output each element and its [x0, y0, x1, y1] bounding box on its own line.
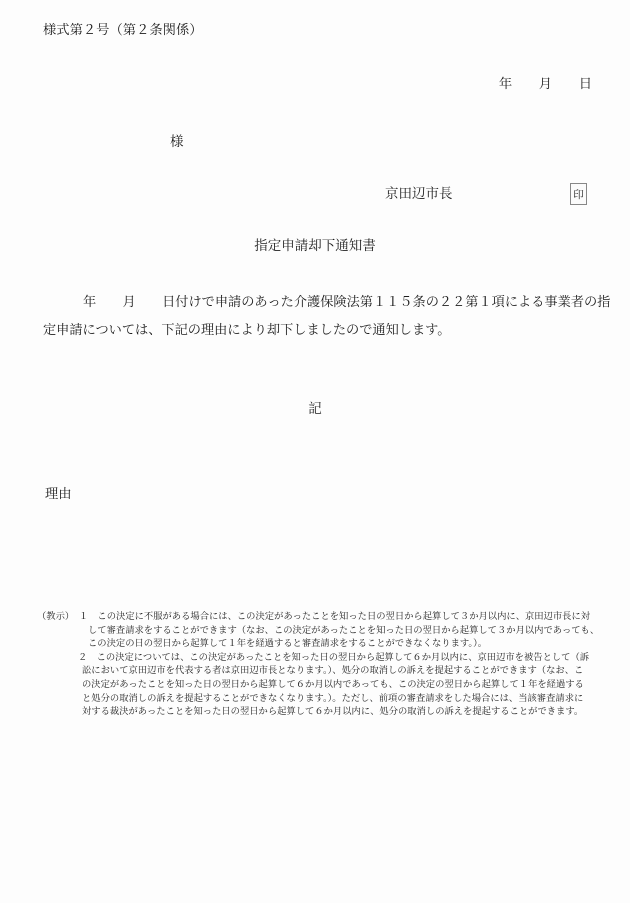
addressee-honorific: 様: [170, 134, 184, 150]
seal-mark: 印: [573, 187, 584, 202]
reason-label: 理由: [45, 486, 72, 502]
seal-box: 印: [570, 183, 587, 205]
document-page: 様式第２号（第２条関係） 年 月 日 様 京田辺市長 印 指定申請却下通知書 年…: [0, 0, 630, 903]
legal-note-line: 対する裁決があったことを知った日の翌日から起算して６か月以内に、処分の取消しの訴…: [37, 706, 605, 720]
body-line-2: 定申請については、下記の理由により却下しましたので通知します。: [43, 316, 605, 344]
body-paragraph: 年 月 日付けで申請のあった介護保険法第１１５条の２２第１項による事業者の指 定…: [43, 288, 605, 345]
legal-note-line: この決定の日の翌日から起算して１年を経過すると審査請求をすることができなくなりま…: [37, 638, 605, 652]
legal-note-line: と処分の取消しの訴えを提起することができなくなります。）。ただし、前項の審査請求…: [37, 693, 605, 707]
form-number: 様式第２号（第２条関係）: [43, 23, 203, 37]
legal-note-line: の決定があったことを知った日の翌日から起算して６か月以内であっても、この決定の翌…: [37, 679, 605, 693]
legal-note-line: ２ この決定については、この決定があったことを知った日の翌日から起算して６か月以…: [37, 652, 605, 666]
legal-note-line: して審査請求をすることができます（なお、この決定があったことを知った日の翌日から…: [37, 625, 605, 639]
legal-note-line: 訟において京田辺市を代表する者は京田辺市長となります。）、処分の取消しの訴えを提…: [37, 665, 605, 679]
issuer-name: 京田辺市長: [385, 186, 453, 201]
document-title: 指定申請却下通知書: [0, 237, 630, 254]
legal-notes: （教示） １ この決定に不服がある場合には、この決定があったことを知った日の翌日…: [37, 611, 605, 720]
record-marker: 記: [0, 401, 630, 417]
issue-date-blank: 年 月 日: [499, 76, 592, 91]
legal-note-line: （教示） １ この決定に不服がある場合には、この決定があったことを知った日の翌日…: [37, 611, 605, 625]
body-line-1: 年 月 日付けで申請のあった介護保険法第１１５条の２２第１項による事業者の指: [43, 288, 605, 316]
